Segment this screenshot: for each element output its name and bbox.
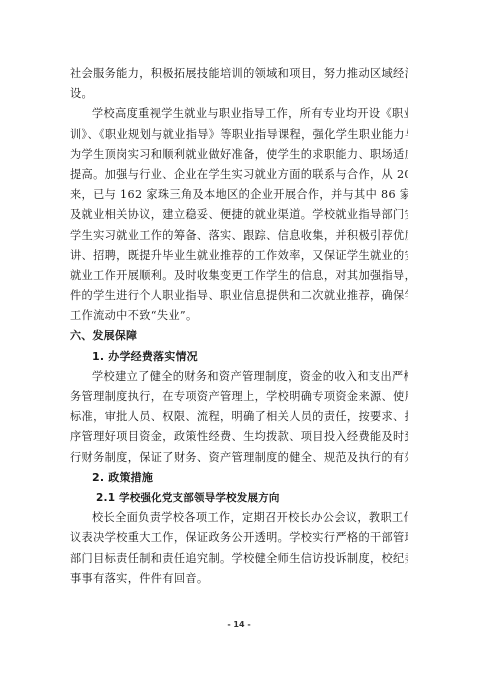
paragraph-line: 行财务制度，保证了财务、资产管理制度的健全、规范及执行的有效性。 [70, 448, 408, 468]
paragraph-line: 议表决学校重大工作，保证政务公开透明。学校实行严格的干部管理制度，建立 [70, 528, 408, 548]
paragraph-line: 设。 [70, 84, 408, 104]
paragraph-line: 训》、《职业规划与就业指导》等职业指导课程，强化学生职业能力与职业素质， [70, 125, 408, 145]
subsection-heading: 1. 办学经费落实情况 [70, 347, 408, 367]
paragraph-first-line: 校长全面负责学校各项工作，定期召开校长办公会议，教职工代表大会，审 [70, 508, 408, 528]
paragraph-line: 来，已与 162 家珠三角及本地区的企业开展合作，并与其中 86 家签订顶岗实习 [70, 185, 408, 205]
page-content: 社会服务能力，积极拓展技能培训的领域和项目，努力推动区域经济人力资源建设。学校高… [70, 64, 408, 589]
paragraph-line: 为学生顶岗实习和顺利就业做好准备，使学生的求职能力、职场适应能力有显著 [70, 145, 408, 165]
paragraph-line: 及就业相关协议，建立稳妥、便捷的就业渠道。学校就业指导部门安排专人负责 [70, 205, 408, 225]
sub-subsection-heading: 2.1 学校强化党支部领导学校发展方向 [70, 488, 408, 508]
paragraph-line: 件的学生进行个人职业指导、职业信息提供和二次就业推荐，确保学生在合理的 [70, 286, 408, 306]
paragraph-line: 事事有落实，件件有回音。 [70, 569, 408, 589]
paragraph-line: 提高。加强与行业、企业在学生实习就业方面的联系与合作，从 2017 年办学以 [70, 165, 408, 185]
paragraph-line: 社会服务能力，积极拓展技能培训的领域和项目，努力推动区域经济人力资源建 [70, 64, 408, 84]
section-heading: 六、发展保障 [70, 326, 408, 346]
page-number: - 14 - [0, 620, 478, 629]
paragraph-line: 务管理制度执行，在专项资产管理上，学校明确专项资金来源、使用范围、开支 [70, 387, 408, 407]
paragraph-first-line: 学校建立了健全的财务和资产管理制度，资金的收入和支出严格按照学校财 [70, 367, 408, 387]
paragraph-line: 标准，审批人员、权限、流程，明确了相关人员的责任，按要求、按预算、按程 [70, 407, 408, 427]
paragraph-line: 就业工作开展顺利。及时收集变更工作学生的信息，对其加强指导，并对符合条 [70, 266, 408, 286]
paragraph-line: 讲、招聘，既提升毕业生就业推荐的工作效率，又保证学生就业的安全，使学校 [70, 246, 408, 266]
paragraph-line: 部门目标责任制和责任追究制。学校健全师生信访投诉制度，校纪委督查室确保 [70, 549, 408, 569]
paragraph-first-line: 学校高度重视学生就业与职业指导工作，所有专业均开设《职业能力综合实 [70, 104, 408, 124]
paragraph-line: 学生实习就业工作的筹备、落实、跟踪、信息收集，并积极引荐优质企业进校宣 [70, 226, 408, 246]
paragraph-line: 工作流动中不致“失业”。 [70, 306, 408, 326]
subsection-heading: 2. 政策措施 [70, 468, 408, 488]
paragraph-line: 序管理好项目资金，政策性经费、生均拨款、项目投入经费能及时到位，严格执 [70, 427, 408, 447]
document-page: 社会服务能力，积极拓展技能培训的领域和项目，努力推动区域经济人力资源建设。学校高… [0, 0, 478, 682]
